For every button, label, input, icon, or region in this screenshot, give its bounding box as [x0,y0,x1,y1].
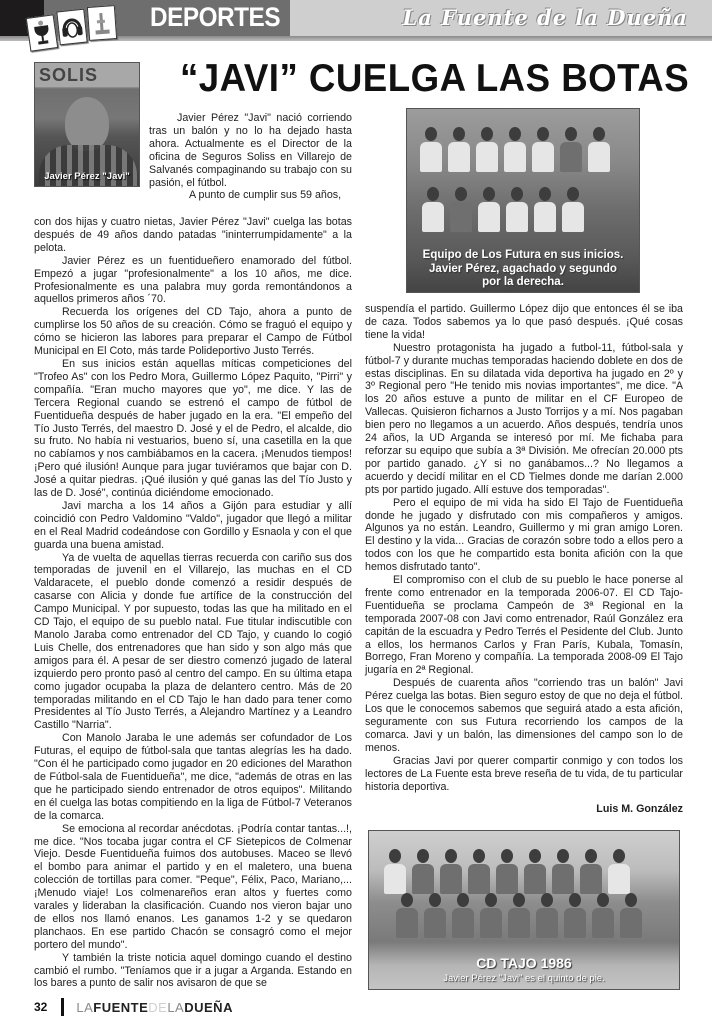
photo-cd-tajo-1986: CD TAJO 1986 Javier Pérez "Javi" es el q… [368,830,680,990]
paragraph: Gracias Javi por querer compartir conmig… [365,755,683,794]
left-column: con dos hijas y cuatro nietas, Javier Pé… [34,216,352,990]
page-number: 32 [34,1000,47,1014]
mast-part: DE [148,1000,167,1015]
paragraph: Se emociona al recordar anécdotas. ¡Podr… [34,823,352,952]
paragraph: Con Manolo Jaraba le une además ser cofu… [34,732,352,822]
mast-part: LA [167,1000,184,1015]
article-title: “JAVI” CUELGA LAS BOTAS [180,58,689,100]
solis-sign: SOLIS [35,63,139,87]
photo-los-futura: Equipo de Los Futura en sus inicios. Jav… [406,108,640,293]
paragraph: con dos hijas y cuatro nietas, Javier Pé… [34,216,352,255]
tower-icon [87,5,117,41]
paragraph: Y también la triste noticia aquel doming… [34,952,352,991]
caption-line: por la derecha. [407,276,639,290]
paragraph: Después de cuarenta años "corriendo tras… [365,677,683,754]
microphone-trophy-icon [26,14,58,52]
right-column: suspendía el partido. Guillermo López di… [365,303,683,816]
intro-column: Javier Pérez "Javi" nació corriendo tras… [149,112,352,202]
paragraph: Nuestro protagonista ha jugado a futbol-… [365,342,683,497]
paragraph: Javier Pérez es un fuentidueñero enamora… [34,255,352,307]
photo-futura-caption: Equipo de Los Futura en sus inicios. Jav… [407,249,639,290]
page-footer: 32 LAFUENTEDELADUEÑA [34,997,233,1017]
paragraph: Pero el equipo de mi vida ha sido El Taj… [365,497,683,574]
team-front-row [421,187,589,232]
paragraph: Ya de vuelta de aquellas tierras recuerd… [34,552,352,733]
masthead-title: La Fuente de la Dueña [403,3,688,33]
paragraph: Recuerda los orígenes del CD Tajo, ahora… [34,306,352,358]
mast-part: LA [76,1000,93,1015]
footer-divider [61,998,64,1016]
photo-tajo-title: CD TAJO 1986 [369,955,679,971]
caption-line: Javier Pérez, agachado y segundo [407,263,639,277]
footer-masthead: LAFUENTEDELADUEÑA [76,1000,233,1015]
mast-part: DUEÑA [184,1000,233,1015]
paragraph: En sus inicios están aquellas míticas co… [34,358,352,500]
section-title: DEPORTES [150,0,280,34]
photo-tajo-caption: Javier Pérez "Javi" es el quinto de pie. [369,973,679,984]
caption-line: Equipo de Los Futura en sus inicios. [407,249,639,263]
team-front-row [395,893,647,938]
paragraph: El compromiso con el club de su pueblo l… [365,574,683,677]
photo-javi-caption: Javier Pérez "Javi" [35,171,139,182]
paragraph: suspendía el partido. Guillermo López di… [365,303,683,342]
headphones-icon [56,9,87,46]
byline: Luis M. González [365,803,683,816]
intro-paragraph-2-start: A punto de cumplir sus 59 años, [149,189,352,202]
team-back-row [383,849,635,894]
photo-javi: SOLIS Javier Pérez "Javi" [34,62,140,187]
team-back-row [419,127,615,172]
mast-part: FUENTE [93,1000,148,1015]
intro-paragraph: Javier Pérez "Javi" nació corriendo tras… [149,112,352,189]
portrait-head [65,97,109,151]
paragraph: Javi marcha a los 14 años a Gijón para e… [34,500,352,552]
